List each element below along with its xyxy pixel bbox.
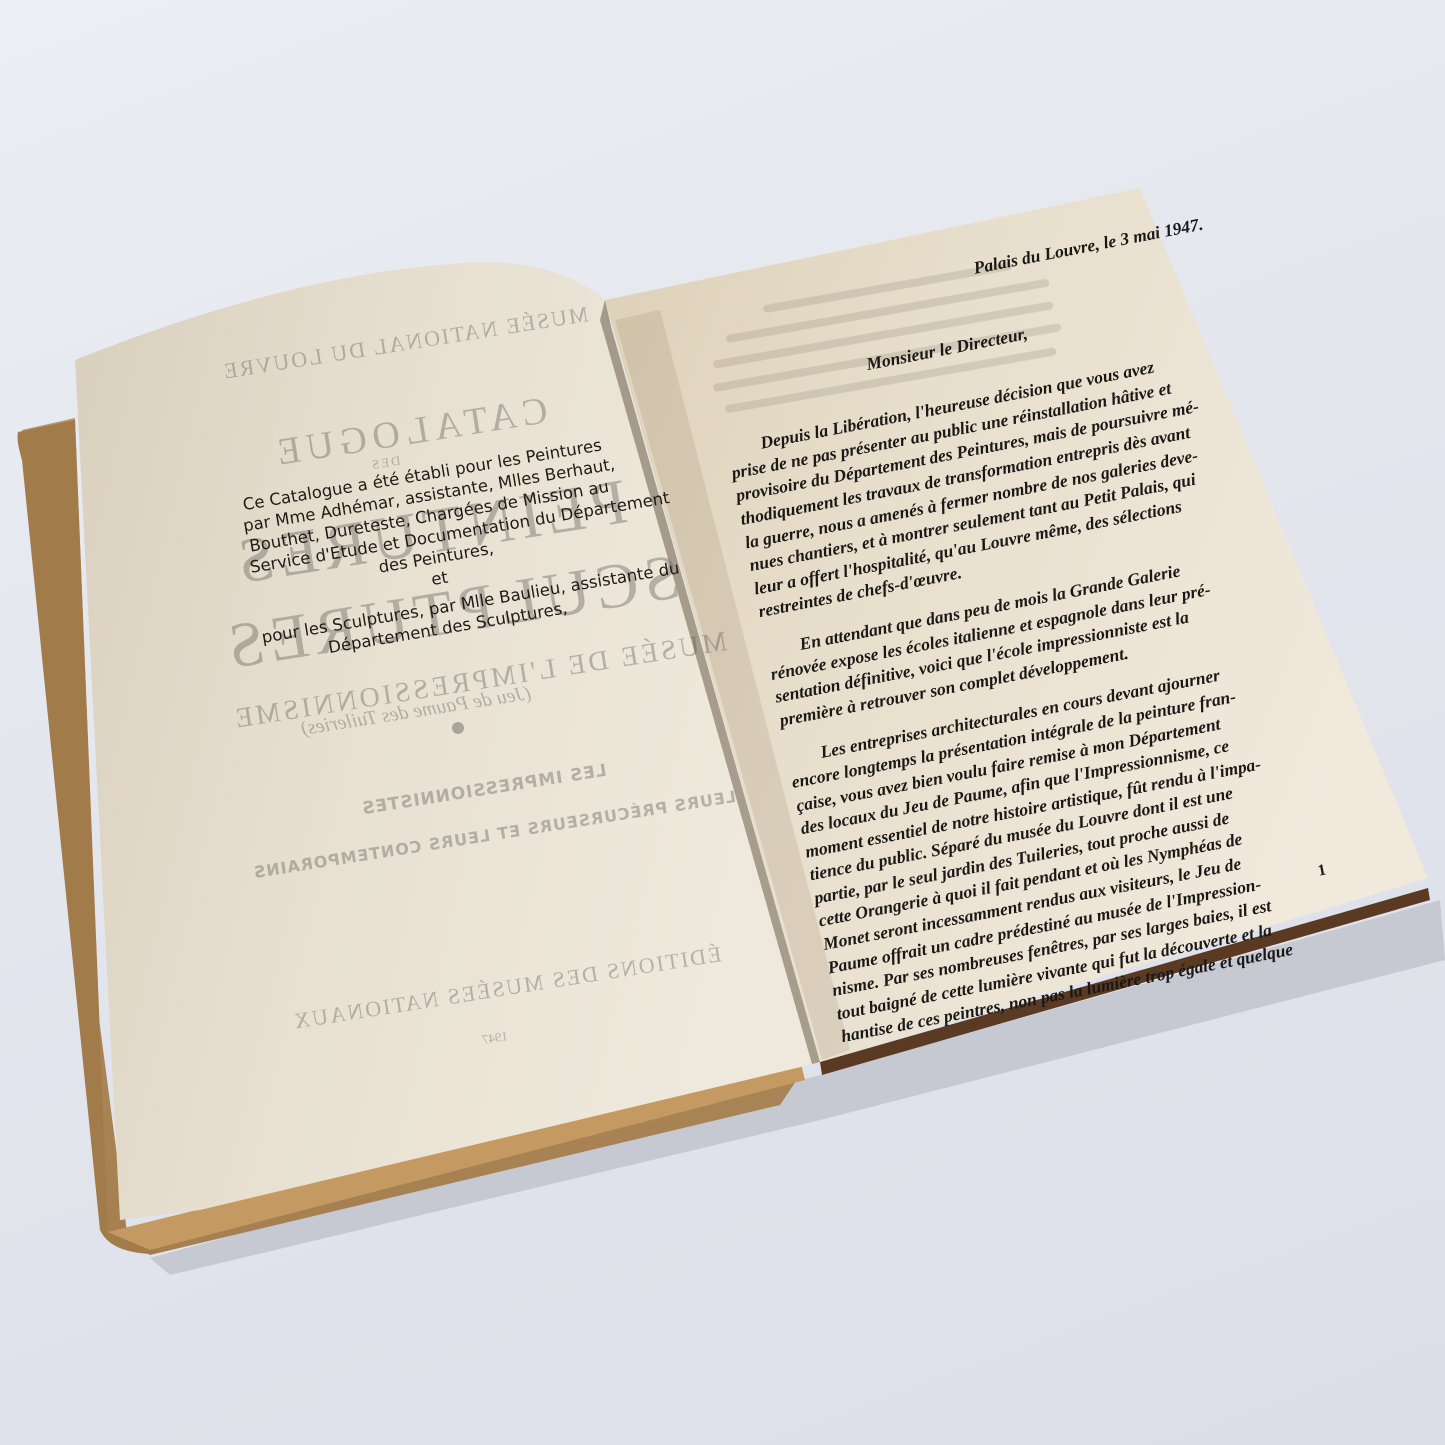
letter-paragraph-3: Les entreprises architecturales en cours… — [785, 658, 1305, 1049]
ghost-dot — [452, 722, 464, 734]
